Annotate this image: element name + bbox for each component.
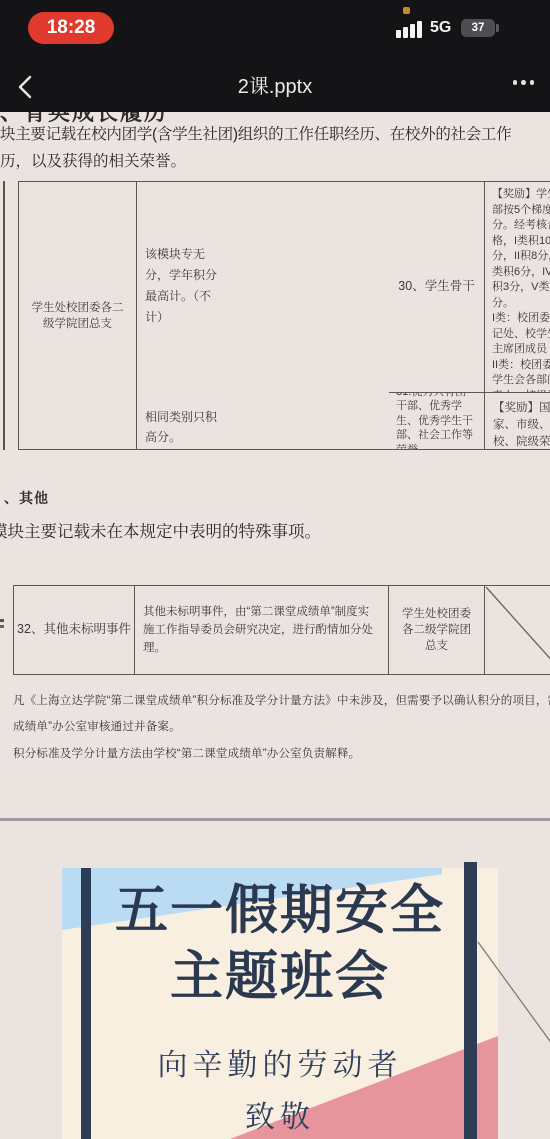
signal-strength-icon [396, 20, 424, 38]
table-cell-rules-32: 其他未标明事件，由“第二课堂成绩单”制度实施工作指导委员会研究决定，进行酌情加分… [135, 586, 389, 674]
left-cutoff-fragment [0, 625, 4, 628]
table-cell-rules-30: 【奖励】学生干部按5个梯度积分。经考核合格，I类积10分，II积8分，III类积… [485, 182, 550, 393]
footer-text-line2: 成绩单”办公室审核通过并备案。 [13, 718, 181, 734]
left-cutoff-fragment [0, 619, 4, 622]
status-time-pill[interactable]: 18:28 [28, 12, 114, 44]
footer-text-line3: 积分标准及学分计量方法由学校“第二课堂成绩单”办公室负责解释。 [13, 745, 360, 761]
diagonal-slash-icon [485, 586, 550, 674]
thin-diagonal-line-decoration [470, 936, 550, 1051]
note-bottom-text: 相同类别只积高分。 [145, 407, 217, 447]
nav-bar: 2课.pptx [0, 62, 550, 112]
points-table-2: 32、其他未标明事件 其他未标明事件，由“第二课堂成绩单”制度实施工作指导委员会… [13, 585, 550, 675]
table-left-cutoff-border [3, 181, 5, 450]
document-title: 2课.pptx [0, 70, 550, 99]
phone-screen: 18:28 5G 37 2课.pptx 、育英成长履历 块主要记载在校内团学(含… [0, 0, 550, 1139]
battery-nub [496, 24, 499, 32]
table-cell-item-31: 31.优秀共青团干部、优秀学生、优秀学生干部、社会工作等荣誉 [389, 393, 485, 449]
section-description: 模块主要记载未在本规定中表明的特殊事项。 [0, 518, 321, 542]
slide-title-line1: 五一假期安全 [62, 880, 498, 942]
page-divider [0, 818, 550, 821]
battery-icon: 37 [461, 19, 495, 37]
status-and-nav-bar: 18:28 5G 37 2课.pptx [0, 0, 550, 112]
table-cell-item-32: 32、其他未标明事件 [14, 586, 135, 674]
network-type-label: 5G [430, 19, 451, 37]
intro-text-line2: 历，以及获得的相关荣誉。 [0, 149, 186, 171]
table-cell-rules-31: 【奖励】国家、市级、校、院级荣誉分别积10分、8分、5分、3分。 [485, 393, 550, 449]
slide-subtitle-line1: 向辛勤的劳动者 [62, 1040, 498, 1084]
mic-indicator-icon [403, 7, 410, 14]
table-cell-item-30: 30、学生骨干 [389, 182, 485, 393]
intro-text-line1: 块主要记载在校内团学(含学生社团)组织的工作任职经历、在校外的社会工作 [0, 122, 511, 144]
section-heading-others: 、其他 [4, 488, 49, 508]
document-page-view[interactable]: 、育英成长履历 块主要记载在校内团学(含学生社团)组织的工作任职经历、在校外的社… [0, 112, 550, 1139]
points-table-1: 30、学生骨干 【奖励】学生干部按5个梯度积分。经考核合格，I类积10分，II积… [18, 181, 550, 450]
table-cell-department-32: 学生处校团委各二级学院团总支 [389, 586, 485, 674]
ellipsis-icon [513, 80, 518, 85]
slide-page: 五一假期安全 主题班会 向辛勤的劳动者 致敬 [62, 868, 498, 1139]
table-cell-department: 学生处校团委各二级学院团总支 [19, 182, 137, 449]
more-options-button[interactable] [513, 80, 535, 85]
note-top-text: 该模块专无分，学年积分最高计。（不计） [145, 244, 217, 328]
slide-subtitle-line2: 致敬 [62, 1092, 498, 1136]
footer-text-line1: 凡《上海立达学院“第二课堂成绩单”积分标准及学分计量方法》中未涉及，但需要予以确… [13, 692, 550, 708]
table-cell-note: 该模块专无分，学年积分最高计。（不计） 相同类别只积高分。 [137, 182, 389, 449]
table-cell-slash [485, 586, 550, 674]
slide-title-line2: 主题班会 [62, 946, 498, 1008]
